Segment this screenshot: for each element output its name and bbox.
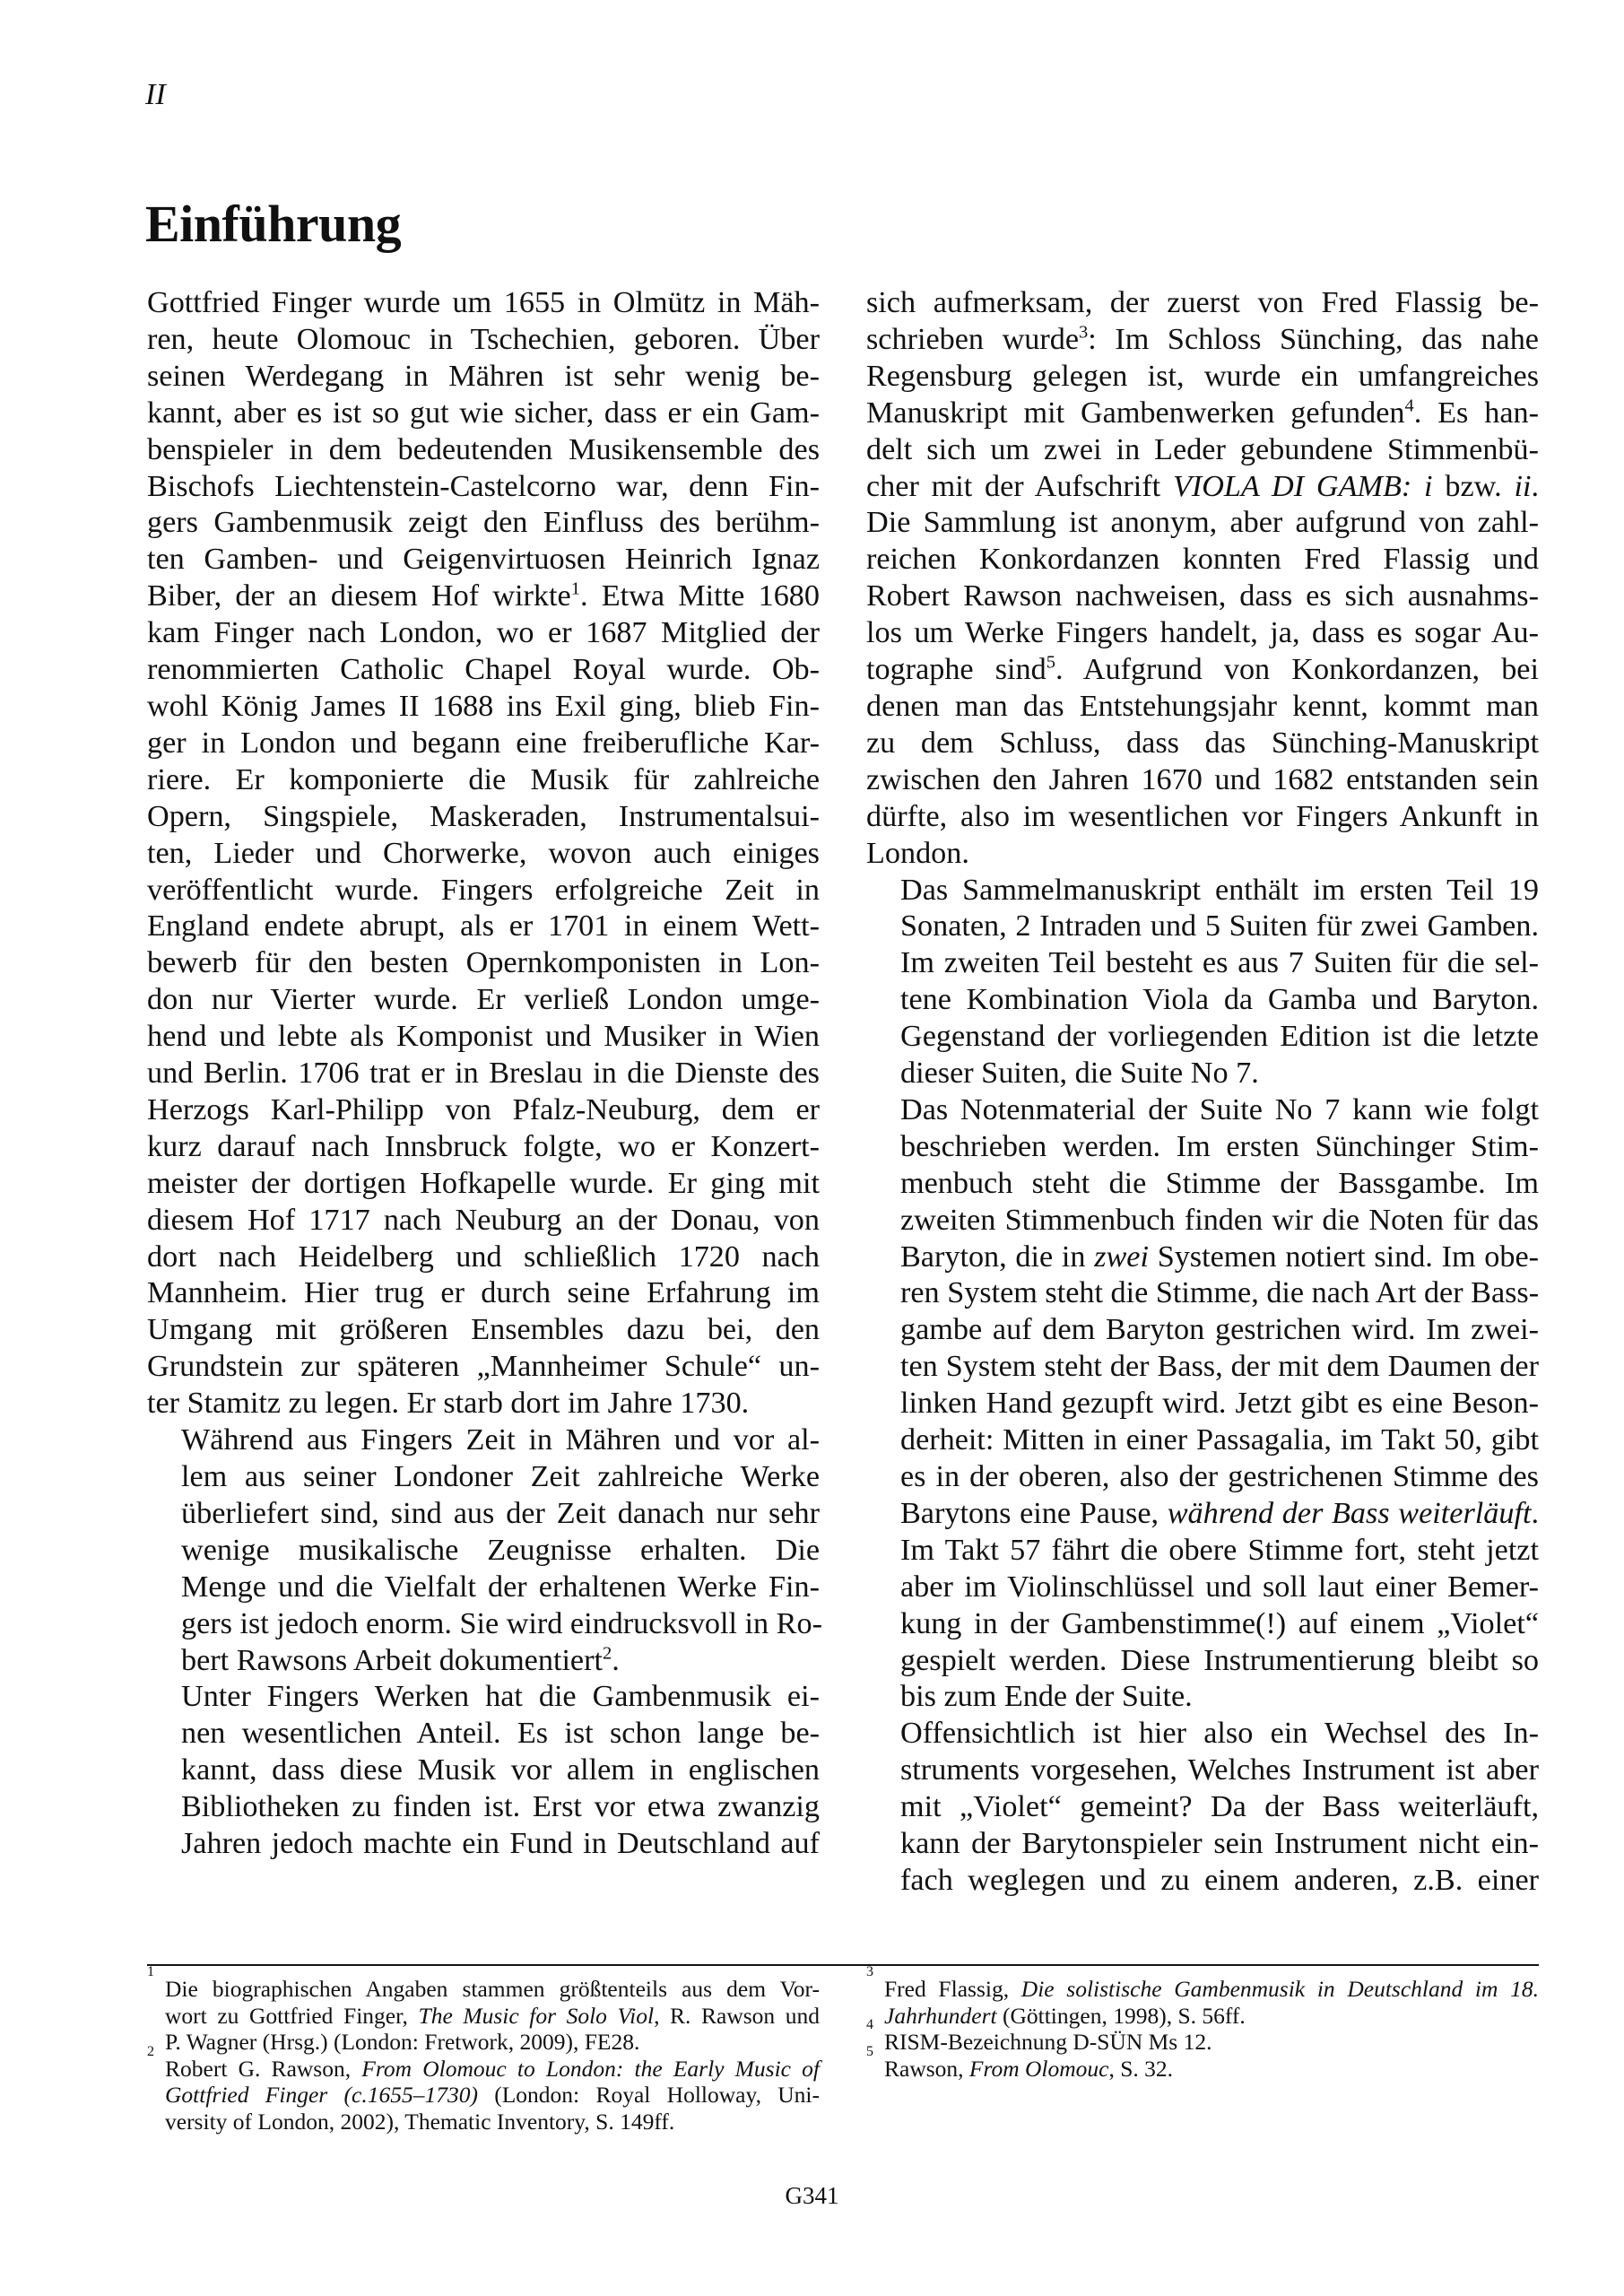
footnotes-left: 1 Die biographischen Angaben stammen grö…: [147, 1976, 820, 2135]
italic-emphasis: zwei: [1094, 1240, 1149, 1274]
text-line: los um Werke Fingers handelt, ja, dass e…: [866, 615, 1539, 652]
text-line: Herzogs Karl-Philipp von Pfalz-Neuburg, …: [147, 1092, 820, 1129]
text-line: ten, Lieder und Chorwerke, wovon auch ei…: [147, 836, 820, 873]
footnote-line: versity of London, 2002), Thematic Inven…: [165, 2109, 820, 2135]
footnote-line: Robert G. Rawson, From Olomouc to London…: [165, 2056, 820, 2083]
text-line: Barytons eine Pause, während der Bass we…: [866, 1496, 1539, 1533]
citation-title: The Music for Solo Viol: [419, 2003, 655, 2029]
footnote-line: Rawson, From Olomouc, S. 32.: [884, 2056, 1539, 2083]
text-fragment: . Aufgrund von Konkordanzen, bei: [1055, 653, 1539, 686]
text-line: aber im Violinschlüssel und soll laut ei…: [866, 1570, 1539, 1606]
paragraph-instrument-change: Offensichtlich ist hier also ein Wechsel…: [866, 1716, 1539, 1900]
text-fragment: bzw.: [1433, 470, 1515, 503]
text-line: kannt, aber es ist so gut wie sicher, da…: [147, 396, 820, 432]
text-line: cher mit der Aufschrift VIOLA DI GAMB: i…: [866, 469, 1539, 506]
text-fragment: (London: Royal Holloway, Uni-: [478, 2082, 820, 2108]
text-line: kurz darauf nach Innsbruck folgte, wo er…: [147, 1129, 820, 1166]
text-line: beschrieben werden. Im ersten Sünchinger…: [866, 1129, 1539, 1166]
text-fragment: , S. 32.: [1109, 2056, 1174, 2082]
footnote-1: 1 Die biographischen Angaben stammen grö…: [147, 1976, 820, 2056]
text-line: Bibliotheken zu finden ist. Erst vor etw…: [147, 1789, 820, 1826]
text-line: don nur Vierter wurde. Er verließ London…: [147, 982, 820, 1019]
footnote-line: Die biographischen Angaben stammen größt…: [165, 1976, 820, 2003]
text-line: nen wesentlichen Anteil. Es ist schon la…: [147, 1716, 820, 1752]
text-line: ten Gamben- und Geigenvirtuosen Heinrich…: [147, 542, 820, 578]
footnote-4: 4 RISM-Bezeichnung D-SÜN Ms 12.: [866, 2029, 1539, 2056]
text-line: gespielt werden. Diese Instrumentierung …: [866, 1643, 1539, 1680]
text-line: überliefert sind, sind aus der Zeit dana…: [147, 1496, 820, 1533]
text-line: zu dem Schluss, dass das Sünching-Manusk…: [866, 726, 1539, 762]
text-fragment: tographe sind: [866, 653, 1046, 686]
footnote-line: Gottfried Finger (c.1655–1730) (London: …: [165, 2082, 820, 2109]
text-fragment: schrieben wurde: [866, 323, 1079, 356]
italic-inscription: VIOLA DI GAMB: i: [1173, 470, 1433, 503]
footnote-ref-1[interactable]: 1: [571, 579, 580, 599]
body-column-right: sich aufmerksam, der zuerst von Fred Fla…: [866, 285, 1539, 1900]
text-line: kannt, dass diese Musik vor allem in eng…: [147, 1752, 820, 1789]
text-line: Grundstein zur späteren „Mannheimer Schu…: [147, 1349, 820, 1386]
text-line: menbuch steht die Stimme der Bassgambe. …: [866, 1166, 1539, 1203]
text-line: ger in London und begann eine freiberufl…: [147, 726, 820, 762]
text-line: tographe sind5. Aufgrund von Konkordanze…: [866, 652, 1539, 689]
text-fragment: Systemen notiert sind. Im obe-: [1149, 1240, 1539, 1274]
text-fragment: Robert G. Rawson,: [165, 2056, 361, 2082]
text-line: kam Finger nach London, wo er 1687 Mitgl…: [147, 615, 820, 652]
citation-title: From Olomouc: [969, 2056, 1109, 2082]
footnote-ref-4[interactable]: 4: [1404, 396, 1413, 415]
text-line: ter Stamitz zu legen. Er starb dort im J…: [147, 1386, 820, 1422]
footnote-line: wort zu Gottfried Finger, The Music for …: [165, 2003, 820, 2030]
text-fragment: Biber, der an diesem Hof wirkte: [147, 579, 571, 613]
paragraph-notenmaterial: Das Notenmaterial der Suite No 7 kann wi…: [866, 1092, 1539, 1716]
text-fragment: .: [612, 1644, 620, 1677]
text-fragment: . Es han-: [1414, 396, 1539, 430]
text-line: gambe auf dem Baryton gestrichen wird. I…: [866, 1312, 1539, 1349]
text-line: wenige musikalische Zeugnisse erhalten. …: [147, 1533, 820, 1570]
text-line: denen man das Entstehungsjahr kennt, kom…: [866, 689, 1539, 726]
text-fragment: Baryton, die in: [900, 1240, 1094, 1274]
citation-title: From Olomouc to London: the Early Music …: [361, 2056, 820, 2082]
text-line: wohl König James II 1688 ins Exil ging, …: [147, 689, 820, 726]
italic-emphasis: während der Bass weiterläuft: [1168, 1497, 1532, 1530]
text-fragment: Rawson,: [884, 2056, 969, 2082]
text-line: meister der dortigen Hofkapelle wurde. E…: [147, 1166, 820, 1203]
text-line: tene Kombination Viola da Gamba und Bary…: [866, 982, 1539, 1019]
footnote-line: Jahrhundert (Göttingen, 1998), S. 56ff.: [884, 2003, 1539, 2030]
text-fragment: Fred Flassig,: [884, 1976, 1021, 2002]
text-line: seinen Werdegang in Mähren ist sehr weni…: [147, 359, 820, 396]
text-line: linken Hand gezupft wird. Jetzt gibt es …: [866, 1386, 1539, 1422]
paragraph-sammelmanuskript: Das Sammelmanuskript enthält im ersten T…: [866, 873, 1539, 1092]
text-fragment: bert Rawsons Arbeit dokumentiert: [181, 1644, 603, 1677]
text-line: gers ist jedoch enorm. Sie wird eindruck…: [147, 1606, 820, 1643]
footnote-separator-rule: [147, 1964, 1539, 1966]
text-line: Gottfried Finger wurde um 1655 in Olmütz…: [147, 285, 820, 322]
footnote-3: 3 Fred Flassig, Die solistische Gambenmu…: [866, 1976, 1539, 2029]
text-line: dürfte, also im wesentlichen vor Fingers…: [866, 799, 1539, 836]
text-fragment: . Etwa Mitte 1680: [580, 579, 820, 613]
footnote-line: Fred Flassig, Die solistische Gambenmusi…: [884, 1976, 1539, 2003]
text-fragment: Barytons eine Pause,: [900, 1497, 1168, 1530]
text-line: Im Takt 57 fährt die obere Stimme fort, …: [866, 1533, 1539, 1570]
footnote-5: 5 Rawson, From Olomouc, S. 32.: [866, 2056, 1539, 2083]
text-line: bewerb für den besten Opernkomponisten i…: [147, 945, 820, 982]
paragraph-biography: Gottfried Finger wurde um 1655 in Olmütz…: [147, 285, 820, 1422]
text-fragment: (Göttingen, 1998), S. 56ff.: [997, 2003, 1246, 2029]
text-fragment: , R. Rawson und: [654, 2003, 820, 2029]
text-line: lem aus seiner Londoner Zeit zahlreiche …: [147, 1459, 820, 1496]
text-line: renommierten Catholic Chapel Royal wurde…: [147, 652, 820, 689]
text-line: bert Rawsons Arbeit dokumentiert2.: [147, 1643, 820, 1680]
text-line: Umgang mit größeren Ensembles dazu bei, …: [147, 1312, 820, 1349]
text-line: Bischofs Liechtenstein-Castelcorno war, …: [147, 469, 820, 506]
text-line: delt sich um zwei in Leder gebundene Sti…: [866, 432, 1539, 469]
paragraph-gambenmusik: Unter Fingers Werken hat die Gambenmusik…: [147, 1679, 820, 1863]
text-fragment: Manuskript mit Gambenwerken gefunden: [866, 396, 1404, 430]
text-line: schrieben wurde3: Im Schloss Sünching, d…: [866, 322, 1539, 359]
text-line: Das Notenmaterial der Suite No 7 kann wi…: [866, 1092, 1539, 1129]
running-head-page-number: II: [145, 77, 166, 113]
text-line: zweiten Stimmenbuch finden wir die Noten…: [866, 1203, 1539, 1239]
text-line: derheit: Mitten in einer Passagalia, im …: [866, 1422, 1539, 1459]
text-line: Regensburg gelegen ist, wurde ein umfang…: [866, 359, 1539, 396]
text-line: Robert Rawson nachweisen, dass es sich a…: [866, 578, 1539, 615]
citation-title: Die solistische Gambenmusik in Deutschla…: [1021, 1976, 1539, 2002]
footnote-ref-3[interactable]: 3: [1079, 323, 1088, 343]
footnotes-right: 3 Fred Flassig, Die solistische Gambenmu…: [866, 1976, 1539, 2082]
text-fragment: .: [1531, 1497, 1539, 1530]
text-line: ren, heute Olomouc in Tschechien, gebore…: [147, 322, 820, 359]
text-line: mit „Violet“ gemeint? Da der Bass weiter…: [866, 1789, 1539, 1826]
text-line: diesem Hof 1717 nach Neuburg an der Dona…: [147, 1203, 820, 1239]
text-line: sich aufmerksam, der zuerst von Fred Fla…: [866, 285, 1539, 322]
text-line: riere. Er komponierte die Musik für zahl…: [147, 762, 820, 799]
paragraph-suenching-manuscript: sich aufmerksam, der zuerst von Fred Fla…: [866, 285, 1539, 873]
body-column-left: Gottfried Finger wurde um 1655 in Olmütz…: [147, 285, 820, 1863]
text-fragment: .: [1531, 470, 1539, 503]
footnote-2: 2 Robert G. Rawson, From Olomouc to Lond…: [147, 2056, 820, 2135]
text-line: dort nach Heidelberg und schließlich 172…: [147, 1239, 820, 1276]
footnote-ref-2[interactable]: 2: [603, 1643, 612, 1663]
text-line: Unter Fingers Werken hat die Gambenmusik…: [147, 1679, 820, 1716]
text-line: bis zum Ende der Suite.: [866, 1679, 1539, 1716]
page-title: Einführung: [145, 193, 401, 256]
text-fragment: cher mit der Aufschrift: [866, 470, 1173, 503]
text-line: London.: [866, 836, 1539, 873]
text-line: fach weglegen und zu einem anderen, z.B.…: [866, 1863, 1539, 1900]
text-line: kung in der Gambenstimme(!) auf einem „V…: [866, 1606, 1539, 1643]
citation-title: Jahrhundert: [884, 2003, 997, 2029]
text-line: Opern, Singspiele, Maskeraden, Instrumen…: [147, 799, 820, 836]
text-line: Biber, der an diesem Hof wirkte1. Etwa M…: [147, 578, 820, 615]
text-line: hend und lebte als Komponist und Musiker…: [147, 1019, 820, 1056]
text-line: Menge und die Vielfalt der erhaltenen We…: [147, 1570, 820, 1606]
text-line: ten System steht der Bass, der mit dem D…: [866, 1349, 1539, 1386]
text-fragment: : Im Schloss Sünching, das nahe: [1088, 323, 1539, 356]
text-line: gers Gambenmusik zeigt den Einfluss des …: [147, 505, 820, 542]
citation-title: Gottfried Finger (c.1655–1730): [165, 2082, 478, 2108]
text-line: es in der oberen, also der gestrichenen …: [866, 1459, 1539, 1496]
page-folio: G341: [0, 2181, 1624, 2210]
text-line: Sonaten, 2 Intraden und 5 Suiten für zwe…: [866, 909, 1539, 945]
text-line: reichen Konkordanzen konnten Fred Flassi…: [866, 542, 1539, 578]
text-line: Die Sammlung ist anonym, aber aufgrund v…: [866, 505, 1539, 542]
text-line: Mannheim. Hier trug er durch seine Erfah…: [147, 1275, 820, 1312]
italic-inscription: ii: [1514, 470, 1531, 503]
text-fragment: wort zu Gottfried Finger,: [165, 2003, 419, 2029]
text-line: Im zweiten Teil besteht es aus 7 Suiten …: [866, 945, 1539, 982]
text-line: zwischen den Jahren 1670 und 1682 entsta…: [866, 762, 1539, 799]
text-line: Manuskript mit Gambenwerken gefunden4. E…: [866, 396, 1539, 432]
text-line: Das Sammelmanuskript enthält im ersten T…: [866, 873, 1539, 909]
text-line: veröffentlicht wurde. Fingers erfolgreic…: [147, 873, 820, 909]
footnote-line: RISM-Bezeichnung D-SÜN Ms 12.: [884, 2029, 1539, 2056]
footnote-line: P. Wagner (Hrsg.) (London: Fretwork, 200…: [165, 2029, 820, 2056]
footnote-ref-5[interactable]: 5: [1046, 653, 1055, 673]
text-line: ren System steht die Stimme, die nach Ar…: [866, 1275, 1539, 1312]
text-line: Baryton, die in zwei Systemen notiert si…: [866, 1239, 1539, 1276]
text-line: Während aus Fingers Zeit in Mähren und v…: [147, 1422, 820, 1459]
text-line: Jahren jedoch machte ein Fund in Deutsch…: [147, 1826, 820, 1863]
text-line: benspieler in dem bedeutenden Musikensem…: [147, 432, 820, 469]
text-line: dieser Suiten, die Suite No 7.: [866, 1056, 1539, 1092]
text-line: Offensichtlich ist hier also ein Wechsel…: [866, 1716, 1539, 1752]
text-line: und Berlin. 1706 trat er in Breslau in d…: [147, 1056, 820, 1092]
text-line: struments vorgesehen, Welches Instrument…: [866, 1752, 1539, 1789]
text-line: Gegenstand der vorliegenden Edition ist …: [866, 1019, 1539, 1056]
paragraph-works: Während aus Fingers Zeit in Mähren und v…: [147, 1422, 820, 1679]
text-line: England endete abrupt, als er 1701 in ei…: [147, 909, 820, 945]
text-line: kann der Barytonspieler sein Instrument …: [866, 1826, 1539, 1863]
